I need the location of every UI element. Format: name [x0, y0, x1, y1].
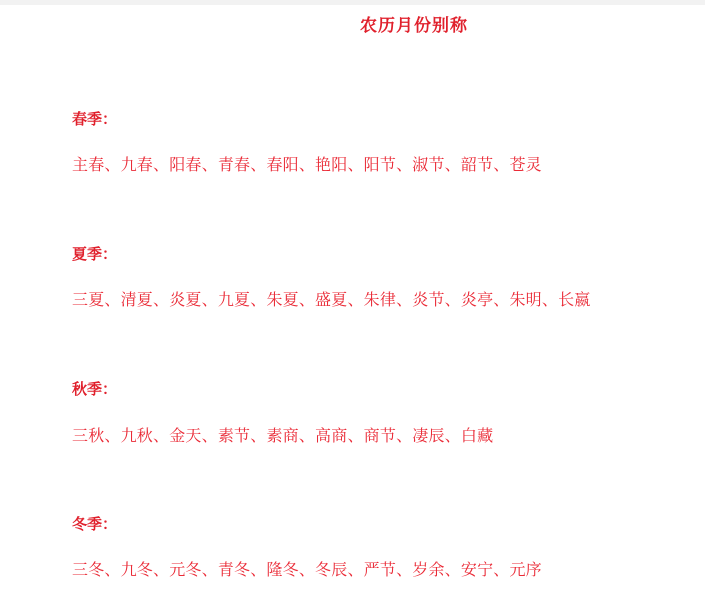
separator: 、	[299, 560, 315, 579]
separator: 、	[299, 426, 315, 445]
separator: 、	[445, 560, 461, 579]
list-item: 青春	[218, 155, 250, 174]
list-item: 九春	[121, 155, 153, 174]
list-item: 商节	[364, 426, 396, 445]
separator: 、	[445, 426, 461, 445]
section-heading-spring: 春季：	[72, 108, 117, 129]
list-item: 春阳	[266, 155, 298, 174]
list-item: 苍灵	[509, 155, 541, 174]
list-item: 凄辰	[412, 426, 444, 445]
separator: 、	[396, 560, 412, 579]
separator: 、	[299, 290, 315, 309]
separator: 、	[445, 155, 461, 174]
list-item: 三冬	[72, 560, 104, 579]
list-item: 朱明	[509, 290, 541, 309]
separator: 、	[493, 560, 509, 579]
separator: 、	[153, 560, 169, 579]
list-item: 清夏	[121, 290, 153, 309]
list-item: 元序	[509, 560, 541, 579]
section-items-spring: 主春、九春、阳春、青春、春阳、艳阳、阳节、淑节、韶节、苍灵	[72, 152, 542, 175]
list-item: 盛夏	[315, 290, 347, 309]
list-item: 冬辰	[315, 560, 347, 579]
separator: 、	[104, 290, 120, 309]
separator: 、	[396, 155, 412, 174]
list-item: 三夏	[72, 290, 104, 309]
separator: 、	[202, 426, 218, 445]
list-item: 朱夏	[266, 290, 298, 309]
list-item: 炎亭	[461, 290, 493, 309]
separator: 、	[396, 290, 412, 309]
separator: 、	[445, 290, 461, 309]
separator: 、	[104, 155, 120, 174]
separator: 、	[153, 290, 169, 309]
list-item: 素商	[266, 426, 298, 445]
list-item: 隆冬	[266, 560, 298, 579]
list-item: 三秋	[72, 426, 104, 445]
separator: 、	[347, 426, 363, 445]
separator: 、	[347, 290, 363, 309]
list-item: 高商	[315, 426, 347, 445]
separator: 、	[104, 426, 120, 445]
list-item: 九冬	[121, 560, 153, 579]
list-item: 严节	[364, 560, 396, 579]
top-strip	[0, 0, 705, 5]
list-item: 金天	[169, 426, 201, 445]
list-item: 艳阳	[315, 155, 347, 174]
separator: 、	[299, 155, 315, 174]
separator: 、	[250, 290, 266, 309]
separator: 、	[202, 290, 218, 309]
section-heading-summer: 夏季：	[72, 243, 117, 264]
list-item: 阳节	[364, 155, 396, 174]
list-item: 白藏	[461, 426, 493, 445]
list-item: 九秋	[121, 426, 153, 445]
list-item: 素节	[218, 426, 250, 445]
list-item: 韶节	[461, 155, 493, 174]
list-item: 炎夏	[169, 290, 201, 309]
separator: 、	[250, 560, 266, 579]
list-item: 阳春	[169, 155, 201, 174]
separator: 、	[104, 560, 120, 579]
separator: 、	[493, 155, 509, 174]
separator: 、	[250, 155, 266, 174]
list-item: 炎节	[412, 290, 444, 309]
list-item: 安宁	[461, 560, 493, 579]
page-title: 农历月份别称	[360, 11, 468, 36]
list-item: 淑节	[412, 155, 444, 174]
separator: 、	[542, 290, 558, 309]
list-item: 九夏	[218, 290, 250, 309]
separator: 、	[347, 155, 363, 174]
list-item: 主春	[72, 155, 104, 174]
separator: 、	[250, 426, 266, 445]
section-items-winter: 三冬、九冬、元冬、青冬、隆冬、冬辰、严节、岁余、安宁、元序	[72, 557, 542, 580]
list-item: 长嬴	[558, 290, 590, 309]
separator: 、	[153, 155, 169, 174]
separator: 、	[153, 426, 169, 445]
separator: 、	[202, 560, 218, 579]
section-heading-winter: 冬季：	[72, 513, 117, 534]
list-item: 岁余	[412, 560, 444, 579]
separator: 、	[347, 560, 363, 579]
separator: 、	[202, 155, 218, 174]
list-item: 元冬	[169, 560, 201, 579]
section-heading-autumn: 秋季：	[72, 378, 117, 399]
section-items-summer: 三夏、清夏、炎夏、九夏、朱夏、盛夏、朱律、炎节、炎亭、朱明、长嬴	[72, 287, 591, 310]
section-items-autumn: 三秋、九秋、金天、素节、素商、高商、商节、凄辰、白藏	[72, 423, 493, 446]
separator: 、	[493, 290, 509, 309]
separator: 、	[396, 426, 412, 445]
list-item: 青冬	[218, 560, 250, 579]
list-item: 朱律	[364, 290, 396, 309]
